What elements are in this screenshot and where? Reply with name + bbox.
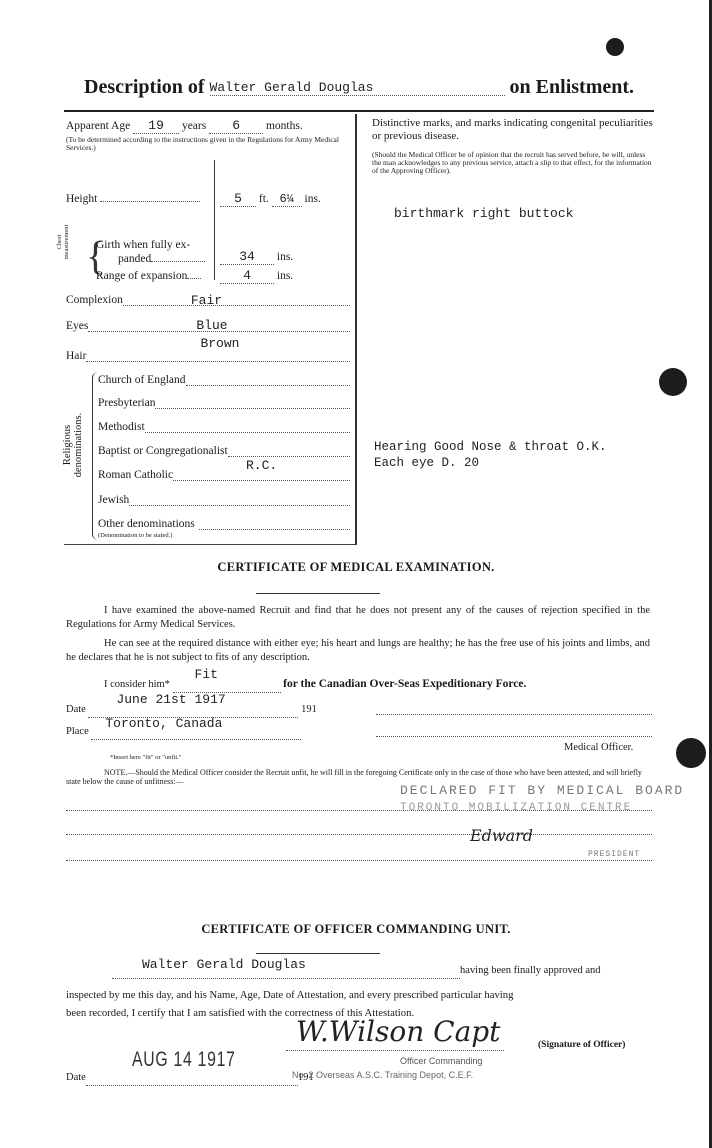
- religion-option-baptist: Baptist or Congregationalist: [98, 445, 350, 457]
- board-president-signature: Edward: [470, 826, 533, 845]
- other-denomination-note: (Denomination to be stated.): [98, 532, 172, 539]
- chest-side-label: Chest measurement: [56, 222, 70, 262]
- signature-of-officer-label: (Signature of Officer): [538, 1040, 625, 1050]
- complexion-field: Fair: [123, 294, 350, 306]
- medical-board-stamp-line-2: TORONTO MOBILIZATION CENTRE: [400, 802, 632, 814]
- officer-line-1: Walter Gerald Douglas having been finall…: [112, 964, 601, 979]
- medical-board-stamp-line-1: DECLARED FIT BY MEDICAL BOARD: [400, 783, 684, 798]
- complexion-label: Complexion: [66, 294, 123, 306]
- religion-side-label: Religious denominations.: [62, 390, 84, 500]
- girth-label: Girth when fully ex- panded: [96, 238, 205, 266]
- height-text: Height: [66, 193, 97, 205]
- dots: [145, 421, 350, 433]
- medical-title-rule: [256, 593, 380, 594]
- complexion-value: Fair: [191, 293, 222, 308]
- officer-signature-line: [286, 1050, 504, 1051]
- dots: [199, 518, 350, 530]
- range-value-row: 4 ins.: [220, 268, 293, 284]
- religion-option-jewish: Jewish: [98, 494, 350, 506]
- range-value: 4: [220, 268, 274, 284]
- consider-prefix: I consider him*: [104, 679, 170, 690]
- officer-recruit-name: Walter Gerald Douglas: [142, 958, 306, 972]
- height-inches-value: 6¼: [272, 192, 302, 207]
- eyes-label: Eyes: [66, 320, 88, 332]
- months-label: months.: [266, 120, 303, 132]
- eyes-row: Eyes Blue: [66, 320, 350, 332]
- distinctive-marks-heading: Distinctive marks, and marks indicating …: [372, 117, 654, 143]
- unit-stamp: No. 2 Overseas A.S.C. Training Depot, C.…: [292, 1070, 473, 1080]
- eyes-value: Blue: [196, 318, 227, 333]
- officer-line-1-suffix: having been finally approved and: [460, 965, 601, 976]
- medical-officer-signature-line-1: [376, 714, 652, 715]
- dots: [100, 201, 200, 202]
- document-title: Description of Walter Gerald Douglas on …: [84, 76, 634, 99]
- punch-hole-top: [606, 38, 624, 56]
- force-name: for the Canadian Over-Seas Expeditionary…: [283, 678, 526, 690]
- dots: [129, 494, 350, 506]
- feet-label: ft.: [259, 193, 269, 205]
- eye-test-note: Each eye D. 20: [374, 456, 479, 470]
- apparent-age-label: Apparent Age: [66, 120, 130, 132]
- medical-para-1: I have examined the above-named Recruit …: [66, 604, 650, 632]
- date-label: Date: [66, 704, 86, 715]
- dots: [151, 261, 205, 262]
- complexion-row: Complexion Fair: [66, 294, 350, 306]
- hair-field: Brown: [86, 350, 350, 362]
- punch-hole-middle: [659, 368, 687, 396]
- option-label: Church of England: [98, 374, 186, 386]
- apparent-age-row: Apparent Age 19 years 6 months.: [66, 118, 303, 134]
- title-suffix: on Enlistment.: [510, 76, 634, 98]
- fitness-footnote: *Insert here "fit" or "unfit.": [110, 754, 181, 761]
- officer-commanding-label: Officer Commanding: [400, 1056, 482, 1066]
- religion-label-1: Religious: [62, 390, 73, 500]
- distinctive-marks-value: birthmark right buttock: [394, 206, 573, 221]
- religion-option-roman-catholic: Roman Catholic: [98, 469, 350, 481]
- medical-officer-signature-line-2: [376, 736, 652, 737]
- punch-hole-lower: [676, 738, 706, 768]
- girth-unit: ins.: [277, 251, 293, 263]
- inches-label: ins.: [305, 193, 321, 205]
- place-field: Toronto, Canada: [91, 725, 301, 740]
- officer-signature: W.Wilson Capt: [296, 1015, 500, 1048]
- recruit-name-field: Walter Gerald Douglas: [210, 80, 505, 96]
- girth-value-row: 34 ins.: [220, 249, 293, 265]
- girth-value: 34: [220, 249, 274, 265]
- option-label: Presbyterian: [98, 397, 155, 409]
- religion-option-church-of-england: Church of England: [98, 374, 350, 386]
- officer-date-row: Date 191: [66, 1071, 314, 1086]
- option-label: Other denominations: [98, 518, 195, 530]
- religion-option-presbyterian: Presbyterian: [98, 397, 350, 409]
- range-unit: ins.: [277, 270, 293, 282]
- option-label: Methodist: [98, 421, 145, 433]
- officer-title-rule: [256, 953, 380, 954]
- option-label: Jewish: [98, 494, 129, 506]
- officer-date-field: [86, 1071, 298, 1086]
- option-label: Baptist or Congregationalist: [98, 445, 228, 457]
- dots: [186, 374, 350, 386]
- age-years-value: 19: [133, 118, 179, 134]
- hair-value: Brown: [200, 336, 239, 351]
- option-label: Roman Catholic: [98, 469, 173, 481]
- distinctive-marks-note: (Should the Medical Officer be of opinio…: [372, 151, 654, 175]
- medical-board-stamp-president: PRESIDENT: [588, 850, 640, 859]
- officer-date-stamp: AUG 14 1917: [132, 1048, 236, 1072]
- religion-value: R.C.: [246, 458, 277, 473]
- range-label: Range of expansion: [96, 270, 201, 282]
- girth-label-line2: panded: [118, 253, 151, 265]
- girth-label-line1: Girth when fully ex-: [96, 238, 205, 252]
- unfitness-line-3: [66, 860, 652, 861]
- hair-row: Hair Brown: [66, 350, 350, 362]
- religion-option-methodist: Methodist: [98, 421, 350, 433]
- medical-place-row: Place Toronto, Canada: [66, 725, 301, 740]
- medical-officer-label: Medical Officer.: [564, 741, 633, 755]
- medical-certificate-title: CERTIFICATE OF MEDICAL EXAMINATION.: [0, 560, 712, 575]
- hearing-note: Hearing Good Nose & throat O.K.: [374, 440, 607, 454]
- top-rule: [64, 110, 654, 112]
- place-value: Toronto, Canada: [105, 717, 222, 731]
- fitness-value: Fit: [195, 668, 218, 682]
- dots: [155, 397, 350, 409]
- religion-label-2: denominations.: [73, 390, 84, 500]
- officer-recruit-name-field: Walter Gerald Douglas: [112, 964, 460, 979]
- age-months-value: 6: [209, 118, 263, 134]
- hair-label: Hair: [66, 350, 86, 362]
- place-label: Place: [66, 726, 89, 737]
- height-label: Height: [66, 193, 200, 205]
- age-note: (To be determined according to the instr…: [66, 136, 351, 152]
- medical-date-value: June 21st 1917: [116, 693, 225, 707]
- fitness-field: Fit: [173, 678, 281, 693]
- officer-line-2: inspected by me this day, and his Name, …: [66, 988, 513, 1002]
- dots: [187, 278, 201, 279]
- column-divider: [355, 114, 357, 544]
- year-prefix: 191: [301, 704, 317, 715]
- years-label: years: [182, 120, 206, 132]
- medical-para-2: He can see at the required distance with…: [66, 637, 650, 665]
- range-text: Range of expansion: [96, 270, 187, 282]
- section-bottom-rule: [64, 544, 357, 545]
- dots: [228, 445, 350, 457]
- officer-date-label: Date: [66, 1072, 86, 1083]
- title-prefix: Description of: [84, 76, 205, 98]
- eyes-field: Blue: [88, 320, 350, 332]
- officer-certificate-title: CERTIFICATE OF OFFICER COMMANDING UNIT.: [0, 922, 712, 937]
- height-feet-value: 5: [220, 191, 256, 207]
- unfitness-line-2: [66, 834, 652, 835]
- height-value-row: 5 ft. 6¼ ins.: [220, 191, 321, 207]
- religion-option-other: Other denominations: [98, 518, 350, 530]
- measure-divider: [214, 160, 215, 280]
- fitness-row: I consider him* Fit for the Canadian Ove…: [104, 677, 526, 693]
